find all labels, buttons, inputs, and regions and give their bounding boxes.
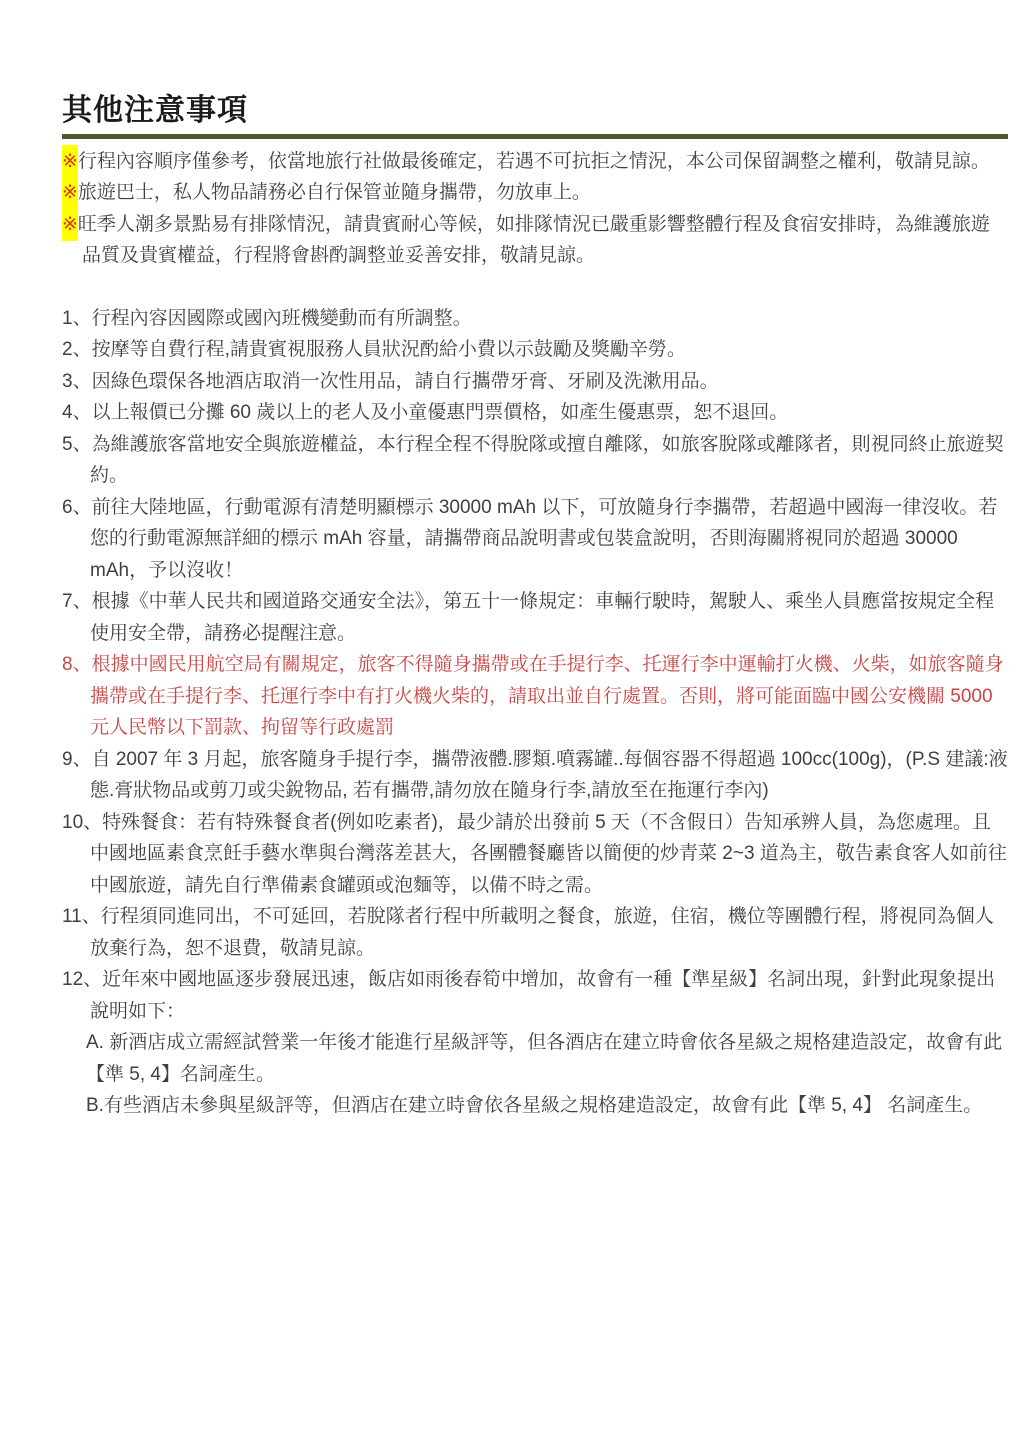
sub-item-text: B.有些酒店未參與星級評等，但酒店在建立時會依各星級之規格建造設定，故會有此【準…: [86, 1095, 982, 1116]
list-item-12: 12、近年來中國地區逐步發展迅速，飯店如雨後春筍中增加，故會有一種【準星級】名詞…: [62, 964, 1008, 1027]
numbered-list: 1、行程內容因國際或國內班機變動而有所調整。 2、按摩等自費行程,請貴賓視服務人…: [62, 303, 1008, 1122]
list-item-10: 10、特殊餐食：若有特殊餐食者(例如吃素者)，最少請於出發前 5 天（不含假日）…: [62, 807, 1008, 902]
item-number: 11、: [62, 906, 101, 927]
note-text: 旅遊巴士，私人物品請務必自行保管並隨身攜帶，勿放車上。: [78, 182, 591, 203]
list-item-6: 6、前往大陸地區，行動電源有清楚明顯標示 30000 mAh 以下，可放隨身行李…: [62, 492, 1008, 587]
item-number: 3、: [62, 371, 92, 392]
item-text: 行程須同進同出，不可延回，若脫隊者行程中所載明之餐食，旅遊，住宿，機位等團體行程…: [90, 906, 994, 959]
note-text: 行程內容順序僅參考，依當地旅行社做最後確定，若遇不可抗拒之情況，本公司保留調整之…: [78, 151, 990, 172]
asterisk-marker-icon: ※: [62, 145, 78, 178]
item-number: 10、: [62, 812, 102, 833]
sub-item-text: A. 新酒店成立需經試營業一年後才能進行星級評等，但各酒店在建立時會依各星級之規…: [86, 1032, 1002, 1085]
item-number: 6、: [62, 497, 92, 518]
item-number: 1、: [62, 308, 92, 329]
list-item-9: 9、自 2007 年 3 月起，旅客隨身手提行李，攜帶液體.膠類.噴霧罐..每個…: [62, 744, 1008, 807]
list-item-11: 11、行程須同進同出，不可延回，若脫隊者行程中所載明之餐食，旅遊，住宿，機位等團…: [62, 901, 1008, 964]
item-text: 以上報價已分攤 60 歲以上的老人及小童優惠門票價格，如產生優惠票，恕不退回。: [92, 402, 789, 423]
sub-item-a: A. 新酒店成立需經試營業一年後才能進行星級評等，但各酒店在建立時會依各星級之規…: [62, 1027, 1008, 1090]
title-underline: [62, 134, 1008, 139]
item-number: 7、: [62, 591, 92, 612]
highlight-note: ※行程內容順序僅參考，依當地旅行社做最後確定，若遇不可抗拒之情況，本公司保留調整…: [62, 146, 1008, 178]
item-number: 5、: [62, 434, 92, 455]
item-text: 前往大陸地區，行動電源有清楚明顯標示 30000 mAh 以下，可放隨身行李攜帶…: [90, 497, 997, 581]
note-text: 旺季人潮多景點易有排隊情況，請貴賓耐心等候，如排隊情況已嚴重影響整體行程及食宿安…: [78, 214, 990, 267]
asterisk-marker-icon: ※: [62, 176, 78, 209]
list-item-3: 3、因綠色環保各地酒店取消一次性用品，請自行攜帶牙膏、牙刷及洗漱用品。: [62, 366, 1008, 398]
list-item-7: 7、根據《中華人民共和國道路交通安全法》，第五十一條規定：車輛行駛時，駕駛人、乘…: [62, 586, 1008, 649]
sub-item-b: B.有些酒店未參與星級評等，但酒店在建立時會依各星級之規格建造設定，故會有此【準…: [62, 1090, 1008, 1122]
item-text: 特殊餐食：若有特殊餐食者(例如吃素者)，最少請於出發前 5 天（不含假日）告知承…: [90, 812, 1007, 896]
list-item-5: 5、為維護旅客當地安全與旅遊權益，本行程全程不得脫隊或擅自離隊，如旅客脫隊或離隊…: [62, 429, 1008, 492]
page-title: 其他注意事項: [62, 94, 1008, 129]
list-item-4: 4、以上報價已分攤 60 歲以上的老人及小童優惠門票價格，如產生優惠票，恕不退回…: [62, 397, 1008, 429]
item-text: 根據中國民用航空局有關規定，旅客不得隨身攜帶或在手提行李、托運行李中運輸打火機、…: [90, 654, 1004, 738]
highlight-note: ※旺季人潮多景點易有排隊情況，請貴賓耐心等候，如排隊情況已嚴重影響整體行程及食宿…: [62, 209, 1008, 272]
highlighted-notes-section: ※行程內容順序僅參考，依當地旅行社做最後確定，若遇不可抗拒之情況，本公司保留調整…: [62, 146, 1008, 272]
asterisk-marker-icon: ※: [62, 208, 78, 241]
item-number: 8、: [62, 654, 92, 675]
list-item-1: 1、行程內容因國際或國內班機變動而有所調整。: [62, 303, 1008, 335]
item-text: 為維護旅客當地安全與旅遊權益，本行程全程不得脫隊或擅自離隊，如旅客脫隊或離隊者，…: [90, 434, 1004, 487]
item-number: 9、: [62, 749, 92, 770]
item-number: 2、: [62, 339, 92, 360]
item-text: 根據《中華人民共和國道路交通安全法》，第五十一條規定：車輛行駛時，駕駛人、乘坐人…: [90, 591, 994, 644]
item-text: 行程內容因國際或國內班機變動而有所調整。: [92, 308, 472, 329]
item-text: 按摩等自費行程,請貴賓視服務人員狀況酌給小費以示鼓勵及獎勵辛勞。: [92, 339, 686, 360]
item-text: 近年來中國地區逐步發展迅速，飯店如雨後春筍中增加，故會有一種【準星級】名詞出現，…: [90, 969, 995, 1022]
item-text: 自 2007 年 3 月起，旅客隨身手提行李，攜帶液體.膠類.噴霧罐..每個容器…: [90, 749, 1008, 802]
item-number: 12、: [62, 969, 102, 990]
item-text: 因綠色環保各地酒店取消一次性用品，請自行攜帶牙膏、牙刷及洗漱用品。: [92, 371, 719, 392]
document-page: 其他注意事項 ※行程內容順序僅參考，依當地旅行社做最後確定，若遇不可抗拒之情況，…: [0, 0, 1024, 1448]
item-number: 4、: [62, 402, 92, 423]
list-item-2: 2、按摩等自費行程,請貴賓視服務人員狀況酌給小費以示鼓勵及獎勵辛勞。: [62, 334, 1008, 366]
list-item-8-warning: 8、根據中國民用航空局有關規定，旅客不得隨身攜帶或在手提行李、托運行李中運輸打火…: [62, 649, 1008, 744]
highlight-note: ※旅遊巴士，私人物品請務必自行保管並隨身攜帶，勿放車上。: [62, 177, 1008, 209]
